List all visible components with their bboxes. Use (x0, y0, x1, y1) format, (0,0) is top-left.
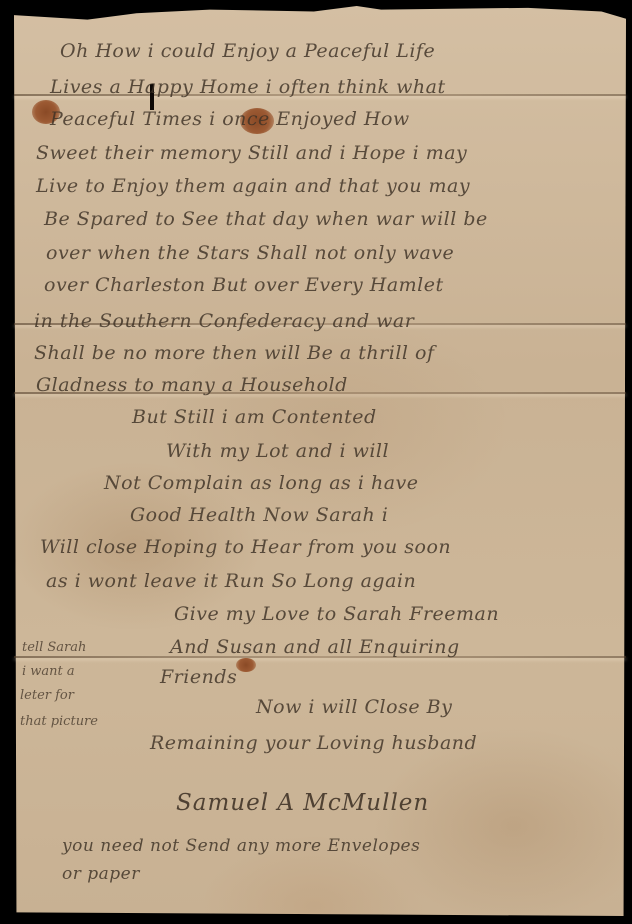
rust-stain (236, 658, 256, 672)
signature: Samuel A McMullen (176, 790, 429, 816)
letter-line: Friends (160, 666, 237, 688)
letter-line: And Susan and all Enquiring (170, 636, 460, 658)
letter-line: Now i will Close By (256, 696, 452, 718)
letter-line: as i wont leave it Run So Long again (46, 570, 416, 592)
postscript-line: you need not Send any more Envelopes (62, 836, 420, 856)
letter-line: Live to Enjoy them again and that you ma… (36, 175, 470, 197)
margin-note-line: leter for (20, 688, 74, 703)
letter-line: over when the Stars Shall not only wave (46, 242, 454, 264)
postscript-line: or paper (62, 864, 140, 884)
letter-line: Lives a Happy Home i often think what (50, 76, 446, 98)
letter-line: Remaining your Loving husband (150, 732, 477, 754)
letter-line: Give my Love to Sarah Freeman (174, 603, 499, 625)
letter-line: Sweet their memory Still and i Hope i ma… (36, 142, 467, 164)
letter-line: Peaceful Times i once Enjoyed How (50, 108, 410, 130)
letter-line: Shall be no more then will Be a thrill o… (34, 342, 435, 364)
letter-line: Be Spared to See that day when war will … (44, 208, 488, 230)
letter-line: Gladness to many a Household (36, 374, 348, 396)
letter-line: With my Lot and i will (166, 440, 389, 462)
margin-note-line: tell Sarah (22, 640, 86, 655)
letter-line: in the Southern Confederacy and war (34, 310, 414, 332)
letter-line: Oh How i could Enjoy a Peaceful Life (60, 40, 435, 62)
margin-note-line: i want a (22, 664, 75, 679)
letter-line: Will close Hoping to Hear from you soon (40, 536, 451, 558)
letter-line: over Charleston But over Every Hamlet (44, 274, 444, 296)
letter-line: Good Health Now Sarah i (130, 504, 388, 526)
letter-line: But Still i am Contented (132, 406, 377, 428)
margin-note-line: that picture (20, 714, 98, 729)
letter-line: Not Complain as long as i have (104, 472, 419, 494)
